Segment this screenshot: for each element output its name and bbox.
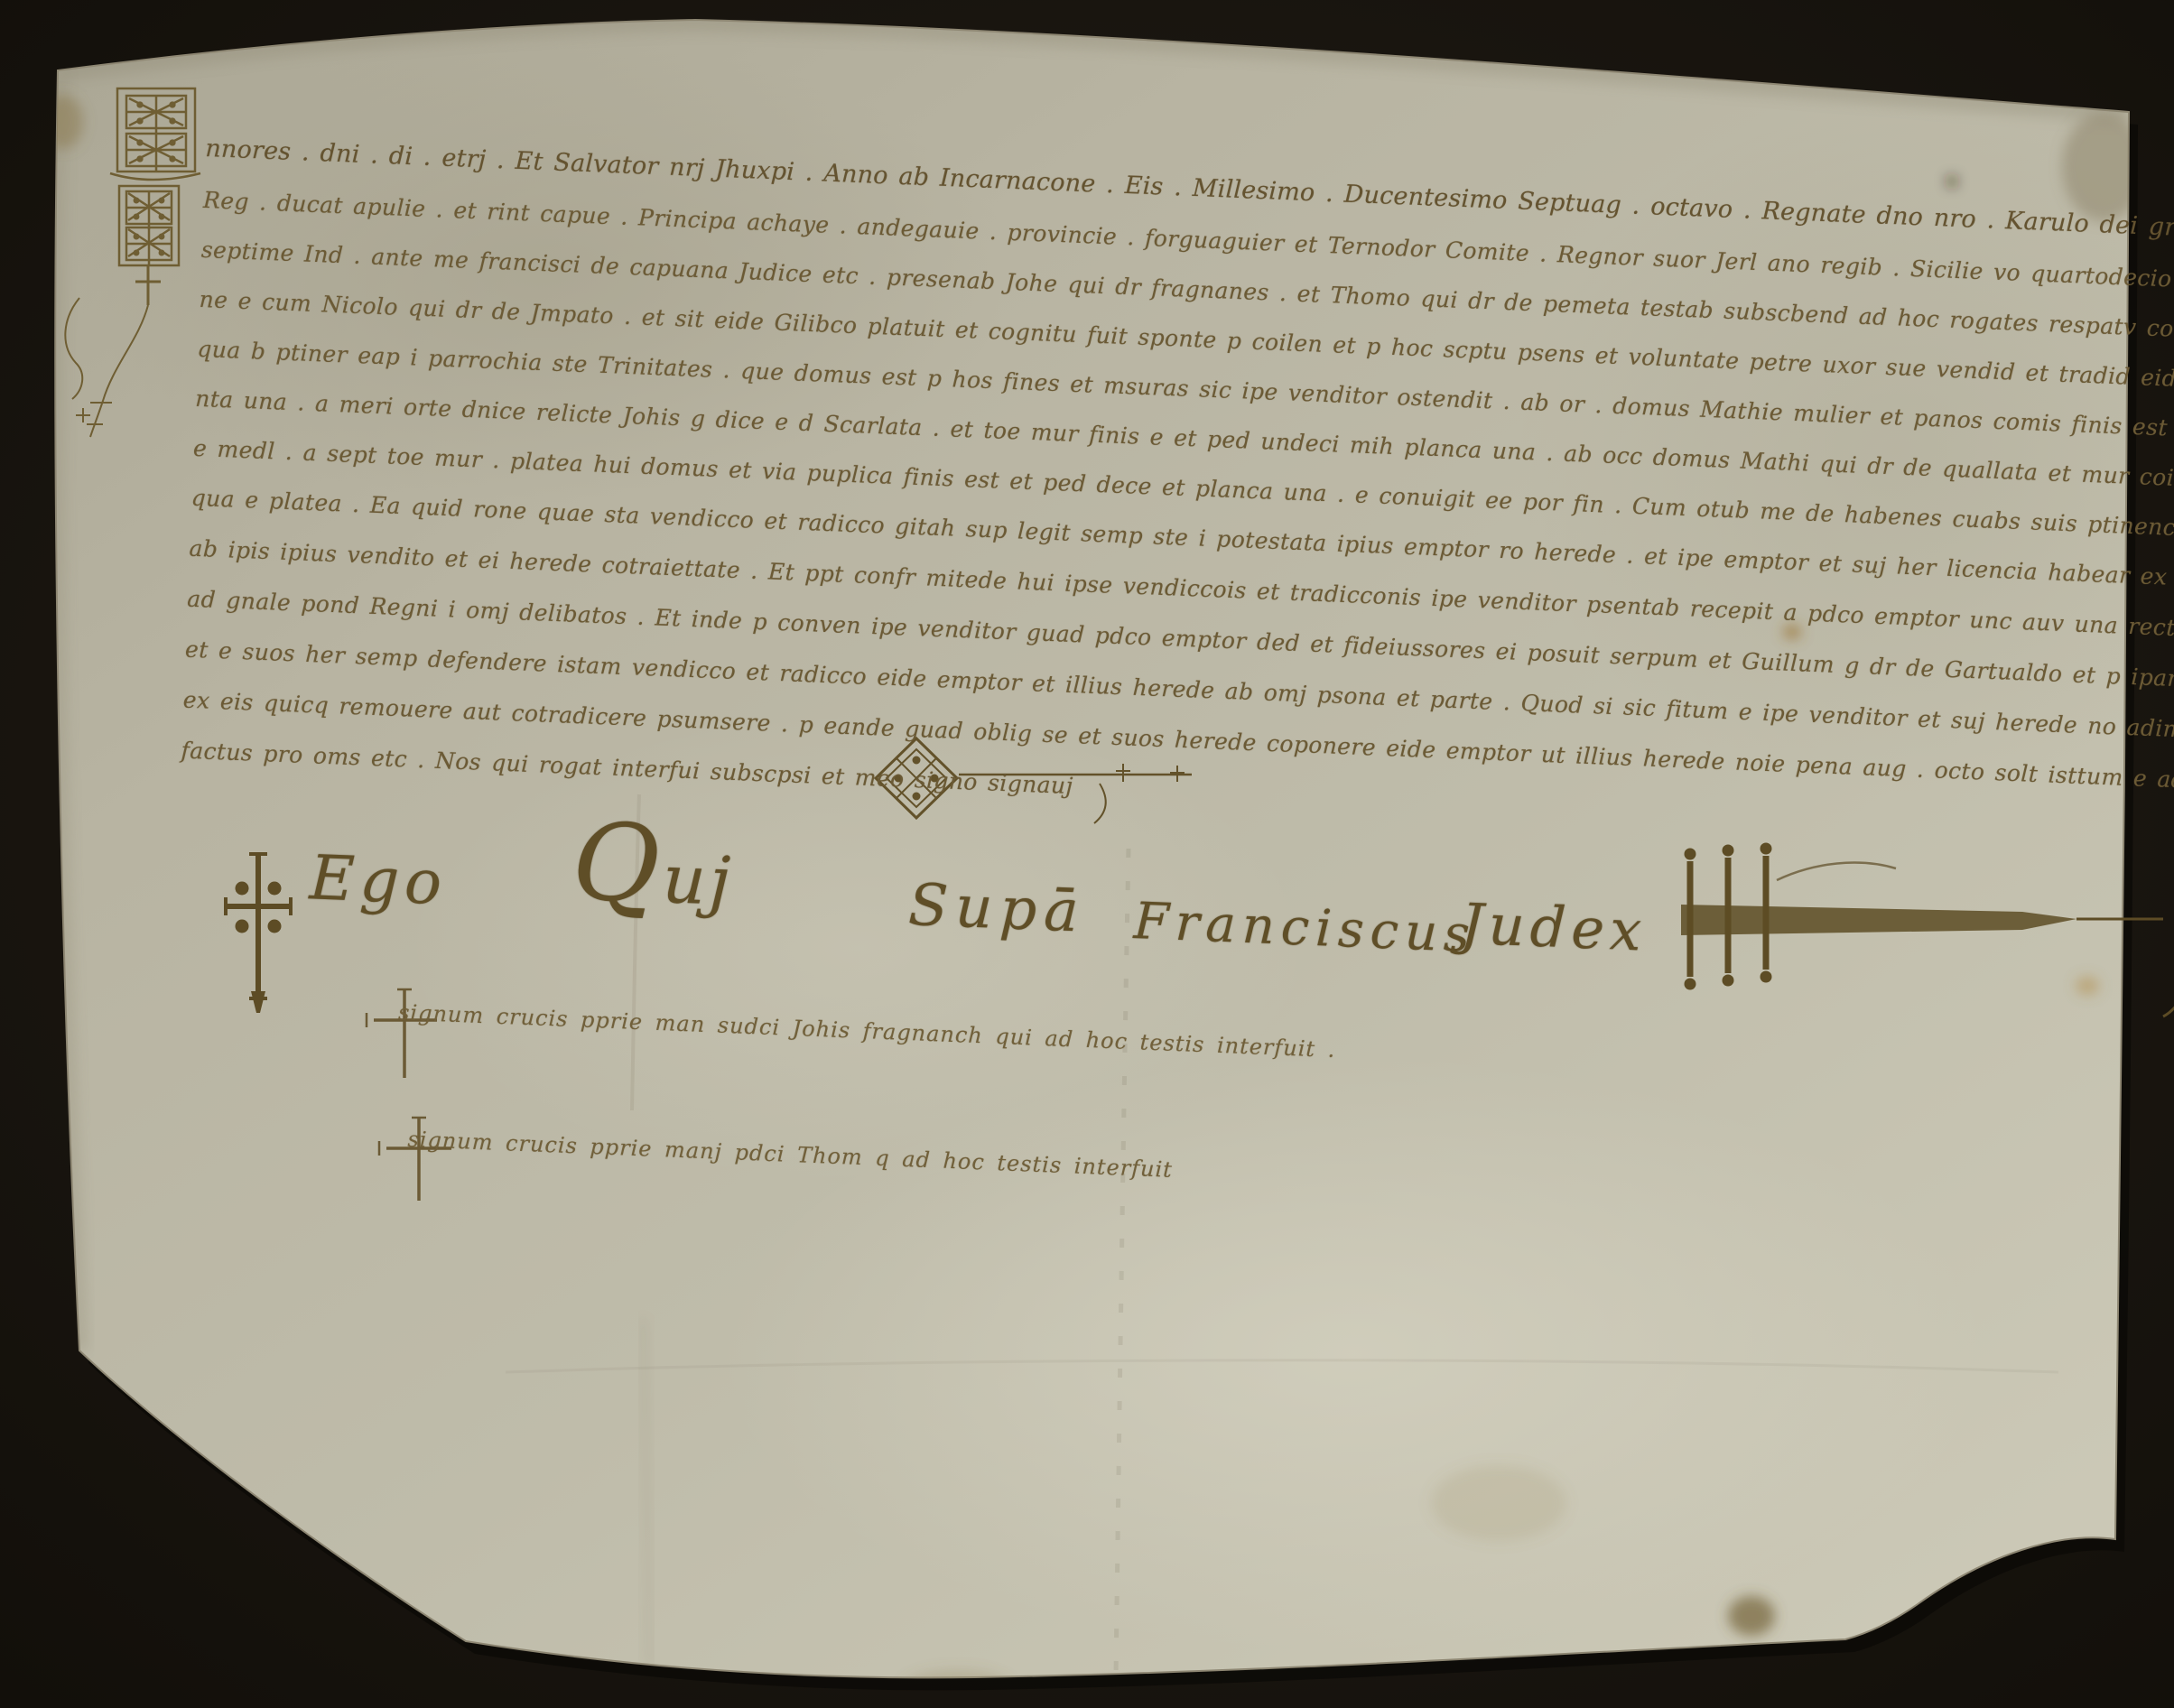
photograph-of-charter: nnores . dni . di . etrj . Et Salvator n… — [0, 0, 2174, 1708]
witness-line: signum crucis pprie man sudci Johis frag… — [398, 999, 1336, 1063]
charter-text-block: nnores . dni . di . etrj . Et Salvator n… — [155, 135, 2172, 1477]
signature-word-judex: Judex — [1460, 891, 1649, 964]
stain — [1947, 177, 1956, 186]
stain — [1728, 1596, 1775, 1636]
signature-word-franciscus: Franciscus — [1133, 892, 1478, 964]
stain — [1431, 1465, 1566, 1541]
witness-line: signum crucis pprie manj pdci Thom q ad … — [407, 1127, 1173, 1183]
signature-word-ego: Ego — [308, 842, 448, 919]
stain — [43, 95, 83, 149]
signature-letters-uj: uj — [661, 840, 735, 921]
charter-line: factus pro oms etc . Nos qui rogat inter… — [181, 737, 1073, 800]
signature-word-supra: Supā — [907, 872, 1087, 946]
signature-word-qui: Quj — [571, 821, 736, 921]
signature-letter-q: Q — [570, 799, 665, 927]
